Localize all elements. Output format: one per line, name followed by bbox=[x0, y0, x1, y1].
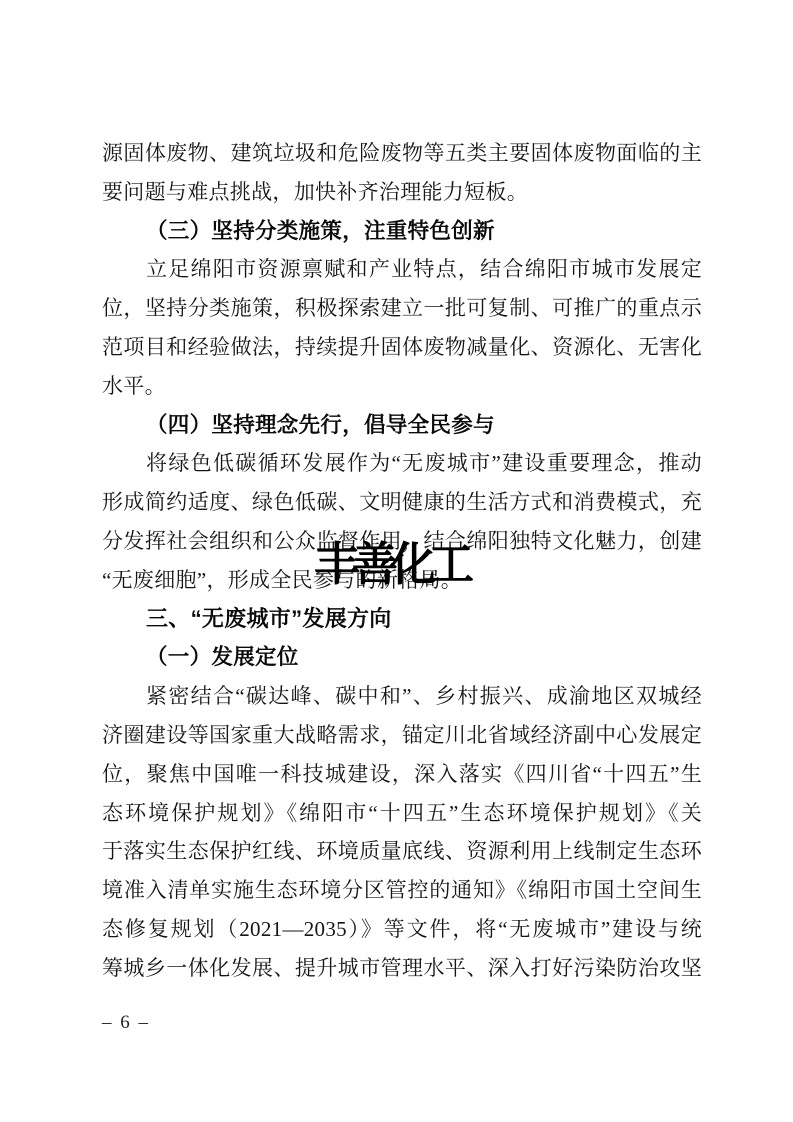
text-line: 筹城乡一体化发展、提升城市管理水平、深入打好污染防治攻坚 bbox=[102, 949, 702, 988]
text-line: 紧密结合“碳达峰、碳中和”、乡村振兴、成渝地区双城经 bbox=[102, 677, 702, 716]
page-number: – 6 – bbox=[102, 1012, 150, 1034]
text-line: 范项目和经验做法，持续提升固体废物减量化、资源化、无害化 bbox=[102, 328, 702, 367]
text-line: 立足绵阳市资源禀赋和产业特点，结合绵阳市城市发展定 bbox=[102, 250, 702, 289]
text-line: 要问题与难点挑战，加快补齐治理能力短板。 bbox=[102, 173, 702, 212]
text-line: 境准入清单实施生态环境分区管控的通知》《绵阳市国土空间生 bbox=[102, 871, 702, 910]
text-line: 形成简约适度、绿色低碳、文明健康的生活方式和消费模式，充 bbox=[102, 483, 702, 522]
text-line: 态环境保护规划》《绵阳市“十四五”生态环境保护规划》《关 bbox=[102, 794, 702, 833]
text-line: 位，坚持分类施策，积极探索建立一批可复制、可推广的重点示 bbox=[102, 289, 702, 328]
text-line: 水平。 bbox=[102, 367, 702, 406]
text-line: 三、“无废城市”发展方向 bbox=[102, 600, 702, 639]
text-line: 位，聚焦中国唯一科技城建设，深入落实《四川省“十四五”生 bbox=[102, 755, 702, 794]
text-line: 济圈建设等国家重大战略需求，锚定川北省域经济副中心发展定 bbox=[102, 716, 702, 755]
document-page: 源固体废物、建筑垃圾和危险废物等五类主要固体废物面临的主要问题与难点挑战，加快补… bbox=[0, 0, 793, 1122]
text-line: （一）发展定位 bbox=[102, 638, 702, 677]
text-line: （四）坚持理念先行，倡导全民参与 bbox=[102, 406, 702, 445]
text-line: 将绿色低碳循环发展作为“无废城市”建设重要理念，推动 bbox=[102, 444, 702, 483]
text-line: （三）坚持分类施策，注重特色创新 bbox=[102, 212, 702, 251]
watermark-text: 丰善化工 bbox=[314, 528, 466, 594]
text-line: 于落实生态保护红线、环境质量底线、资源利用上线制定生态环 bbox=[102, 832, 702, 871]
text-line: 态修复规划（2021—2035）》等文件，将“无废城市”建设与统 bbox=[102, 910, 702, 949]
text-line: 源固体废物、建筑垃圾和危险废物等五类主要固体废物面临的主 bbox=[102, 134, 702, 173]
